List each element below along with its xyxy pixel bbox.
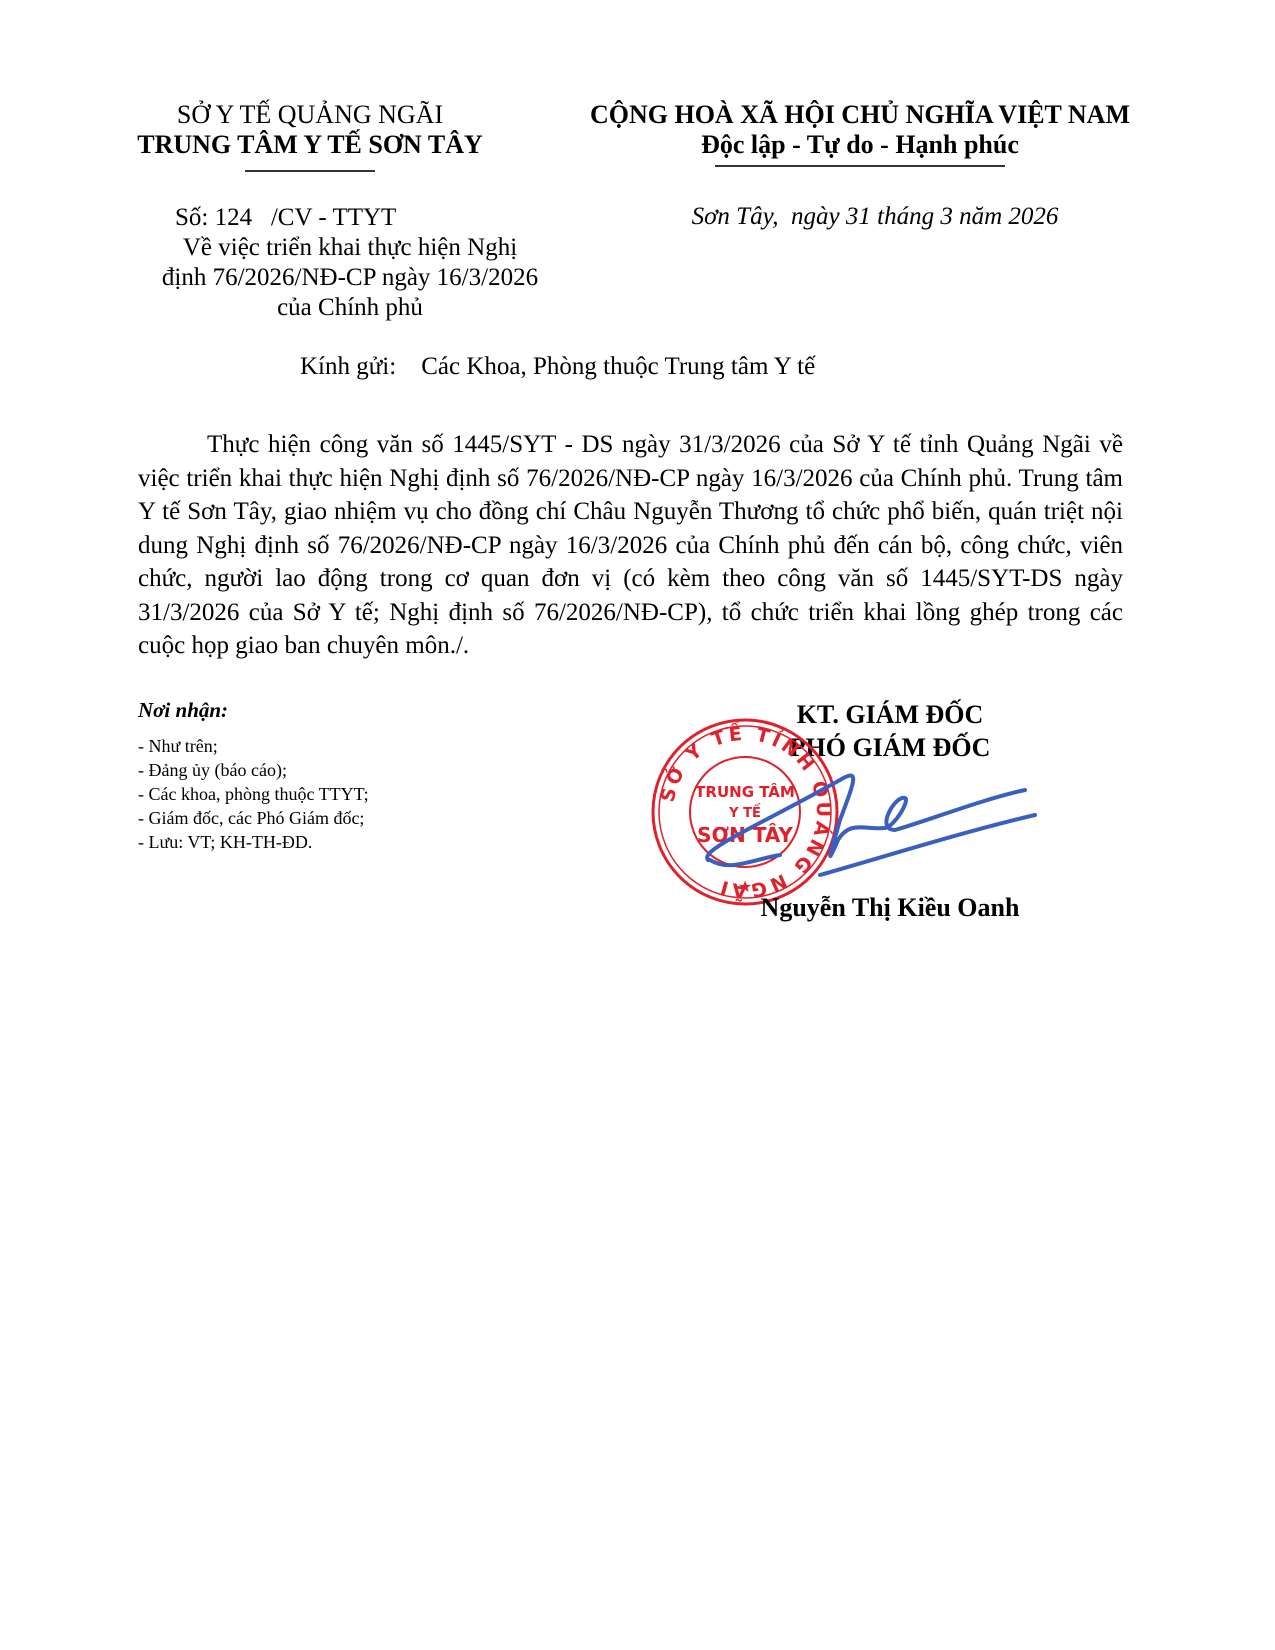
document-number: Số: 124 /CV - TTYT (140, 203, 560, 233)
subject-line: Về việc triển khai thực hiện Nghị (140, 233, 560, 263)
subject-line: định 76/2026/NĐ-CP ngày 16/3/2026 (140, 263, 560, 293)
issuing-agency-header: SỞ Y TẾ QUẢNG NGÃI TRUNG TÂM Y TẾ SƠN TÂ… (120, 100, 500, 172)
national-motto: Độc lập - Tự do - Hạnh phúc (560, 130, 1160, 160)
distribution-item: - Lưu: VT; KH-TH-ĐD. (138, 830, 369, 854)
recipient-value: Các Khoa, Phòng thuộc Trung tâm Y tế (421, 353, 815, 380)
recipient-label: Kính gửi: (300, 353, 396, 380)
body-paragraph: Thực hiện công văn số 1445/SYT - DS ngày… (138, 428, 1123, 663)
signer-name: Nguyễn Thị Kiều Oanh (730, 893, 1050, 923)
distribution-item: - Các khoa, phòng thuộc TTYT; (138, 782, 369, 806)
subject-line: của Chính phủ (140, 293, 560, 323)
handwritten-signature (690, 760, 1040, 890)
nation-name: CỘNG HOÀ XÃ HỘI CHỦ NGHĨA VIỆT NAM (560, 100, 1160, 130)
document-number-block: Số: 124 /CV - TTYT Về việc triển khai th… (140, 203, 560, 323)
parent-agency: SỞ Y TẾ QUẢNG NGÃI (120, 100, 500, 130)
header-left-underline (245, 170, 375, 172)
distribution-item: - Đảng ủy (báo cáo); (138, 758, 369, 782)
distribution-item: - Giám đốc, các Phó Giám đốc; (138, 806, 369, 830)
place-date: Sơn Tây, ngày 31 tháng 3 năm 2026 (600, 203, 1150, 231)
issuing-unit: TRUNG TÂM Y TẾ SƠN TÂY (120, 130, 500, 160)
header-right-underline (715, 165, 1005, 167)
distribution-list: - Như trên; - Đảng ủy (báo cáo); - Các k… (138, 734, 369, 854)
distribution-title: Nơi nhận: (138, 698, 228, 723)
distribution-item: - Như trên; (138, 734, 369, 758)
recipient-line: Kính gửi: Các Khoa, Phòng thuộc Trung tâ… (300, 353, 815, 381)
national-header: CỘNG HOÀ XÃ HỘI CHỦ NGHĨA VIỆT NAM Độc l… (560, 100, 1160, 167)
